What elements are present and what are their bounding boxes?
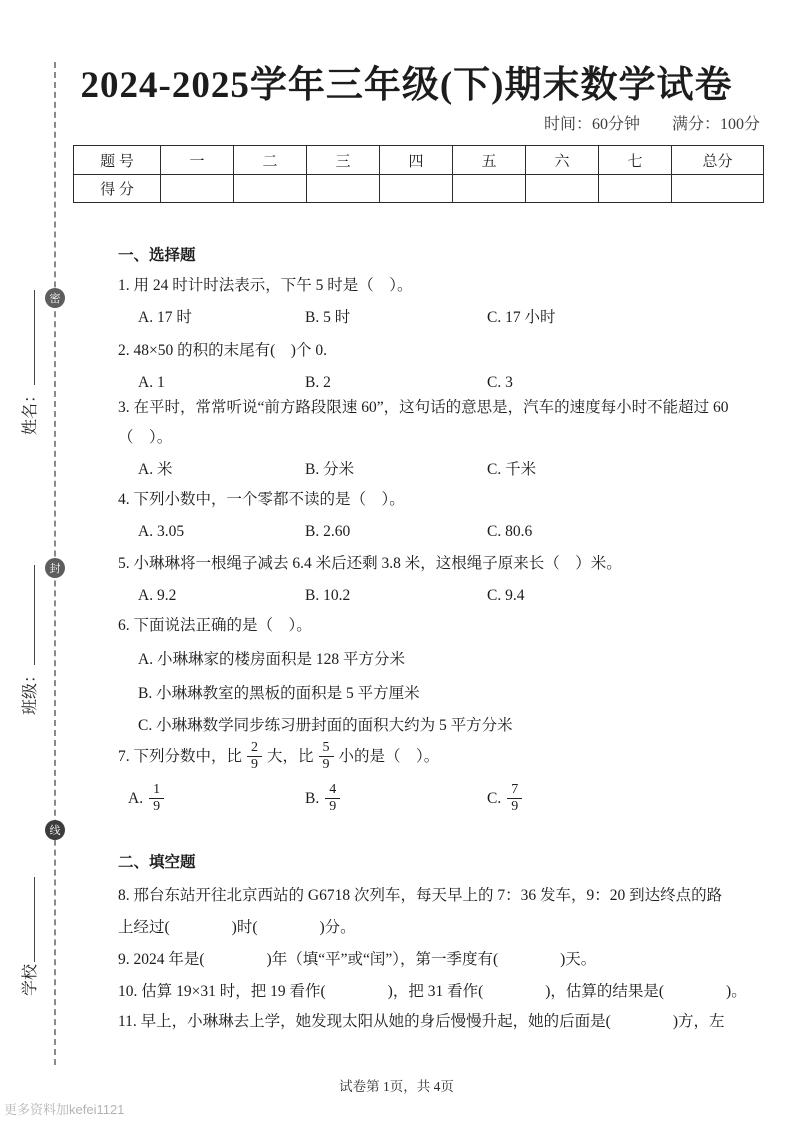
- fraction-denominator: 9: [247, 757, 262, 773]
- page-number: 试卷第 1页，共 4页: [0, 1075, 793, 1095]
- q6-option-a: A. 小琳琳家的楼房面积是 128 平方分米: [138, 650, 768, 670]
- score-table-header-cell: 总分: [672, 146, 764, 175]
- q7-option-c-fraction: 7 9: [507, 782, 522, 815]
- class-blank-line: [21, 565, 36, 665]
- question-11: 11. 早上，小琳琳去上学，她发现太阳从她的身后慢慢升起，她的后面是( )方，左: [118, 1012, 748, 1032]
- q7-fraction-2: 5 9: [319, 740, 334, 773]
- question-7-options: A. 1 9 B. 4 9 C. 7 9: [118, 782, 748, 826]
- option-letter: B.: [305, 789, 319, 809]
- q1-option-c: C. 17 小时: [487, 308, 555, 328]
- q7-option-a: A. 1 9: [128, 782, 169, 815]
- q5-option-a: A. 9.2: [138, 586, 176, 606]
- seal-badge-mi-label: 密: [50, 290, 61, 306]
- class-label: 班级：: [17, 667, 40, 715]
- score-table: 题 号 一 二 三 四 五 六 七 总分 得 分: [73, 145, 764, 203]
- school-blank-line: [21, 877, 36, 962]
- q1-option-a: A. 17 时: [138, 308, 192, 328]
- score-table-header-row: 题 号 一 二 三 四 五 六 七 总分: [74, 146, 764, 175]
- student-name-blank-line: [21, 290, 36, 385]
- q7-option-c: C. 7 9: [487, 782, 527, 815]
- question-8-line2: 上经过( )时( )分。: [118, 918, 748, 938]
- fraction-denominator: 9: [149, 799, 164, 815]
- score-cell: [526, 175, 599, 203]
- class-field: 班级：: [18, 545, 38, 715]
- score-cell: [453, 175, 526, 203]
- section1-title: 一、选择题: [118, 246, 748, 266]
- q2-option-a: A. 1: [138, 373, 165, 393]
- fraction-numerator: 2: [247, 740, 262, 757]
- q7-text-suf: 小的是（ ）。: [339, 747, 440, 767]
- score-cell: [672, 175, 764, 203]
- score-table-score-row: 得 分: [74, 175, 764, 203]
- fraction-denominator: 9: [325, 799, 340, 815]
- score-table-header-cell: 题 号: [74, 146, 161, 175]
- score-table-header-cell: 二: [234, 146, 307, 175]
- score-table-header-cell: 四: [380, 146, 453, 175]
- question-6: 6. 下面说法正确的是（ ）。: [118, 616, 748, 636]
- fraction-numerator: 1: [149, 782, 164, 799]
- seal-badge-feng-label: 封: [50, 560, 61, 576]
- q3-option-c: C. 千米: [487, 460, 536, 480]
- question-3-line1: 3. 在平时，常常听说“前方路段限速 60”，这句话的意思是，汽车的速度每小时不…: [118, 398, 748, 418]
- q4-option-c: C. 80.6: [487, 522, 532, 542]
- question-10: 10. 估算 19×31 时，把 19 看作( )，把 31 看作( )，估算的…: [118, 982, 748, 1002]
- fraction-denominator: 9: [507, 799, 522, 815]
- q5-option-b: B. 10.2: [305, 586, 350, 606]
- watermark-text: 更多资料加kefei1121: [4, 1099, 124, 1118]
- q7-option-a-fraction: 1 9: [149, 782, 164, 815]
- score-table-header-cell: 七: [599, 146, 672, 175]
- question-9: 9. 2024 年是( )年（填“平”或“闰”），第一季度有( )天。: [118, 950, 748, 970]
- score-cell: [599, 175, 672, 203]
- q5-option-c: C. 9.4: [487, 586, 524, 606]
- school-label: 学校: [17, 964, 40, 996]
- score-table-header-cell: 五: [453, 146, 526, 175]
- question-5: 5. 小琳琳将一根绳子减去 6.4 米后还剩 3.8 米，这根绳子原来长（ ）米…: [118, 554, 748, 574]
- q1-option-b: B. 5 时: [305, 308, 350, 328]
- q6-option-b: B. 小琳琳教室的黑板的面积是 5 平方厘米: [138, 684, 768, 704]
- q7-option-b-fraction: 4 9: [325, 782, 340, 815]
- score-row-label: 得 分: [74, 175, 161, 203]
- school-field: 学校: [18, 846, 38, 996]
- fraction-numerator: 4: [325, 782, 340, 799]
- q2-option-c: C. 3: [487, 373, 513, 393]
- q7-text-mid: 大，比: [267, 747, 314, 767]
- question-8-line1: 8. 邢台东站开往北京西站的 G6718 次列车，每天早上的 7：36 发车，9…: [118, 886, 748, 906]
- student-name-label: 姓名：: [17, 387, 40, 435]
- page-title: 2024-2025学年三年级(下)期末数学试卷: [50, 54, 763, 108]
- score-table-header-cell: 一: [161, 146, 234, 175]
- seal-badge-feng-icon: 封: [45, 558, 65, 578]
- q4-option-b: B. 2.60: [305, 522, 350, 542]
- question-1: 1. 用 24 时计时法表示，下午 5 时是（ ）。: [118, 276, 748, 296]
- q2-option-b: B. 2: [305, 373, 331, 393]
- q7-fraction-1: 2 9: [247, 740, 262, 773]
- score-table-header-cell: 三: [307, 146, 380, 175]
- question-2: 2. 48×50 的积的末尾有( )个 0.: [118, 341, 748, 361]
- exam-meta: 时间：60分钟 满分：100分: [380, 111, 760, 134]
- fraction-numerator: 7: [507, 782, 522, 799]
- seal-badge-mi-icon: 密: [45, 288, 65, 308]
- question-3-line2: （ ）。: [118, 428, 748, 448]
- section2-title: 二、填空题: [118, 853, 748, 873]
- q3-option-b: B. 分米: [305, 460, 354, 480]
- option-letter: A.: [128, 789, 143, 809]
- q4-option-a: A. 3.05: [138, 522, 184, 542]
- q7-option-b: B. 4 9: [305, 782, 345, 815]
- fraction-numerator: 5: [319, 740, 334, 757]
- q7-text-pre: 7. 下列分数中，比: [118, 747, 242, 767]
- seal-badge-xian-icon: 线: [45, 820, 65, 840]
- score-cell: [380, 175, 453, 203]
- score-table-header-cell: 六: [526, 146, 599, 175]
- score-cell: [307, 175, 380, 203]
- fraction-denominator: 9: [319, 757, 334, 773]
- q6-option-c: C. 小琳琳数学同步练习册封面的面积大约为 5 平方分米: [138, 716, 768, 736]
- student-name-field: 姓名：: [18, 275, 38, 435]
- score-cell: [161, 175, 234, 203]
- q3-option-a: A. 米: [138, 460, 172, 480]
- question-7: 7. 下列分数中，比 2 9 大，比 5 9 小的是（ ）。: [118, 740, 748, 773]
- seal-badge-xian-label: 线: [50, 822, 61, 838]
- question-4: 4. 下列小数中，一个零都不读的是（ ）。: [118, 490, 748, 510]
- score-cell: [234, 175, 307, 203]
- option-letter: C.: [487, 789, 501, 809]
